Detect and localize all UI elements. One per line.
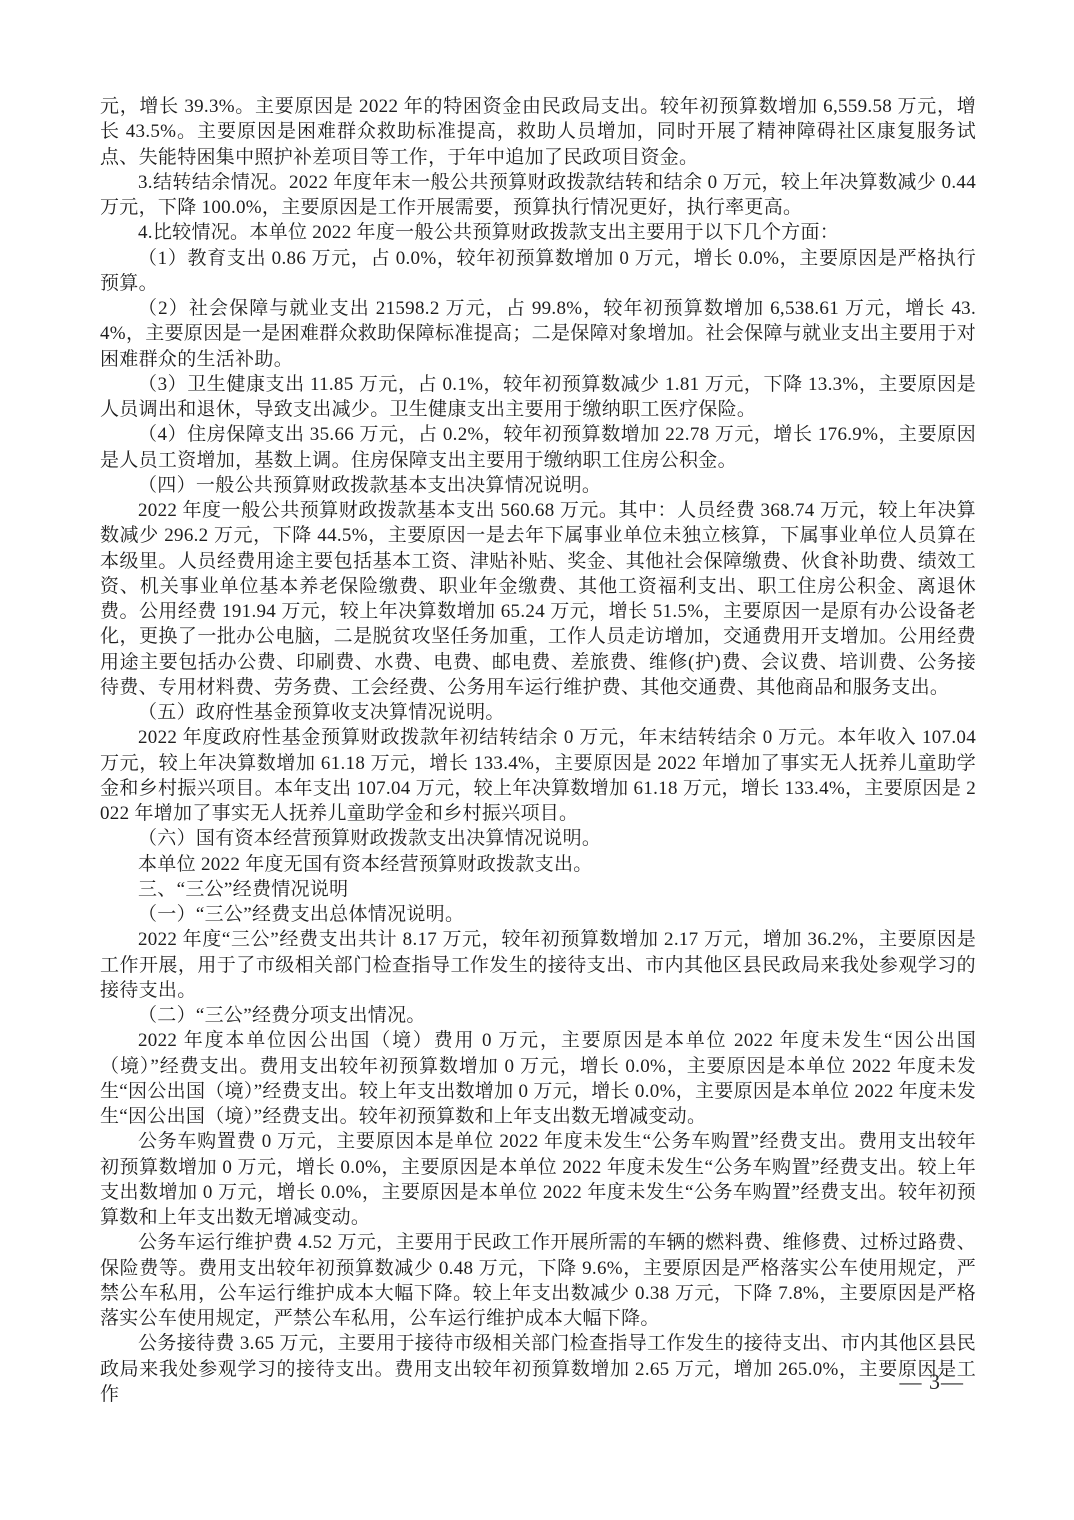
document-page: 元，增长 39.3%。主要原因是 2022 年的特困资金由民政局支出。较年初预算… [0, 0, 1074, 1520]
paragraph-16: 2022 年度“三公”经费支出共计 8.17 万元，较年初预算数增加 2.17 … [100, 927, 976, 1003]
paragraph-15: （一）“三公”经费支出总体情况说明。 [100, 902, 976, 927]
paragraph-5: （2）社会保障与就业支出 21598.2 万元，占 99.8%，较年初预算数增加… [100, 296, 976, 372]
paragraph-14: 三、“三公”经费情况说明 [100, 877, 976, 902]
paragraph-19: 公务车购置费 0 万元，主要原因本是单位 2022 年度未发生“公务车购置”经费… [100, 1129, 976, 1230]
paragraph-12: （六）国有资本经营预算财政拨款支出决算情况说明。 [100, 826, 976, 851]
paragraph-17: （二）“三公”经费分项支出情况。 [100, 1003, 976, 1028]
paragraph-10: （五）政府性基金预算收支决算情况说明。 [100, 700, 976, 725]
paragraph-18: 2022 年度本单位因公出国（境）费用 0 万元，主要原因是本单位 2022 年… [100, 1028, 976, 1129]
page-number: — 3— [900, 1368, 965, 1396]
paragraph-8: （四）一般公共预算财政拨款基本支出决算情况说明。 [100, 473, 976, 498]
paragraph-21: 公务接待费 3.65 万元，主要用于接待市级相关部门检查指导工作发生的接待支出、… [100, 1331, 976, 1407]
paragraph-13: 本单位 2022 年度无国有资本经营预算财政拨款支出。 [100, 852, 976, 877]
document-body: 元，增长 39.3%。主要原因是 2022 年的特困资金由民政局支出。较年初预算… [100, 94, 976, 1407]
paragraph-3: 4.比较情况。本单位 2022 年度一般公共预算财政拨款支出主要用于以下几个方面… [100, 220, 976, 245]
paragraph-4: （1）教育支出 0.86 万元，占 0.0%，较年初预算数增加 0 万元，增长 … [100, 246, 976, 297]
paragraph-2: 3.结转结余情况。2022 年度年末一般公共预算财政拨款结转和结余 0 万元，较… [100, 170, 976, 221]
paragraph-9: 2022 年度一般公共预算财政拨款基本支出 560.68 万元。其中：人员经费 … [100, 498, 976, 700]
paragraph-7: （4）住房保障支出 35.66 万元，占 0.2%，较年初预算数增加 22.78… [100, 422, 976, 473]
paragraph-11: 2022 年度政府性基金预算财政拨款年初结转结余 0 万元，年末结转结余 0 万… [100, 725, 976, 826]
paragraph-1: 元，增长 39.3%。主要原因是 2022 年的特困资金由民政局支出。较年初预算… [100, 94, 976, 170]
paragraph-20: 公务车运行维护费 4.52 万元，主要用于民政工作开展所需的车辆的燃料费、维修费… [100, 1230, 976, 1331]
paragraph-6: （3）卫生健康支出 11.85 万元，占 0.1%，较年初预算数减少 1.81 … [100, 372, 976, 423]
